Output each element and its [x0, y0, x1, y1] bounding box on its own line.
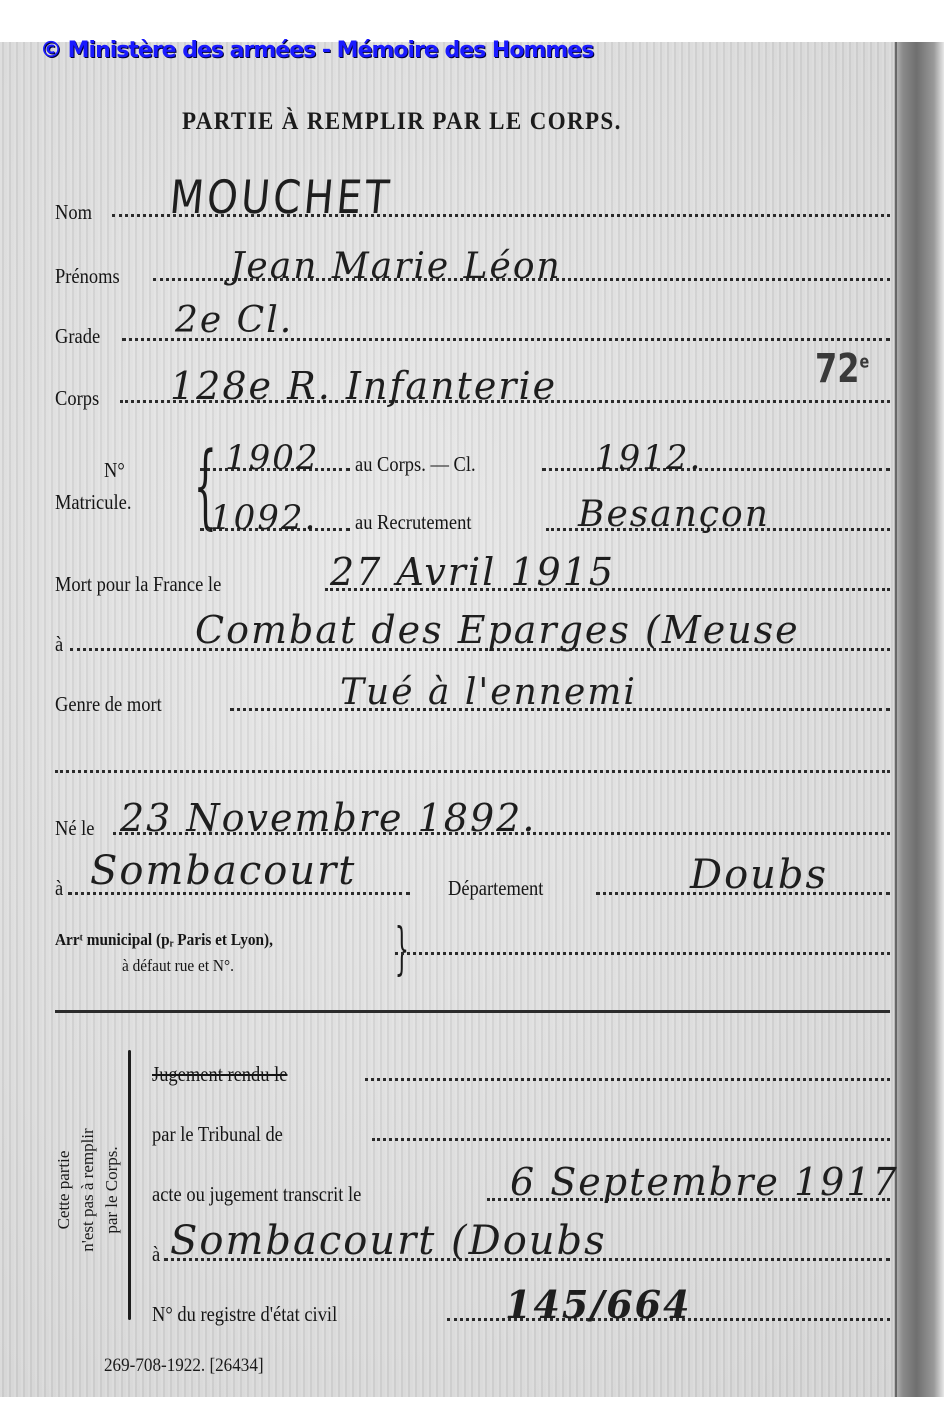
page-edge-shadow — [894, 42, 944, 1397]
print-code: 269-708-1922. [26434] — [104, 1355, 264, 1377]
acte-label: acte ou jugement transcrit le — [152, 1182, 361, 1207]
prenoms-value: Jean Marie Léon — [230, 246, 562, 287]
corps-label: Corps — [55, 386, 99, 411]
ne-le-label: Né le — [55, 816, 95, 841]
matricule-no-label: N° — [104, 458, 125, 483]
prenoms-label: Prénoms — [55, 264, 120, 289]
jugement-label: Jugement rendu le — [152, 1062, 287, 1087]
corps-value: 128e R. Infanterie — [170, 364, 557, 408]
jugement-dotted-line — [365, 1078, 890, 1081]
copyright-watermark: © Ministère des armées - Mémoire des Hom… — [40, 38, 593, 63]
stamp-number: 72 — [815, 346, 860, 392]
ne-le-value: 23 Novembre 1892. — [120, 796, 536, 840]
matricule-recrutement-value: 1092. — [210, 498, 317, 538]
registre-value: 145/664 — [505, 1282, 692, 1327]
mort-le-label: Mort pour la France le — [55, 572, 221, 597]
tribunal-label: par le Tribunal de — [152, 1122, 283, 1147]
arr-label-line2: à défaut rue et N°. — [122, 956, 234, 976]
genre-de-mort-label: Genre de mort — [55, 692, 162, 717]
recrutement-place-value: Besançon — [578, 494, 770, 535]
arr-label-line1: Arrᵗ municipal (pᵣ Paris et Lyon), — [55, 930, 273, 950]
tribunal-dotted-line — [372, 1138, 890, 1141]
acte-value: 6 Septembre 1917 — [510, 1160, 899, 1204]
lower-section-bracket — [128, 1050, 131, 1320]
section-separator — [55, 1010, 890, 1013]
mort-a-value: Combat des Eparges (Meuse — [195, 608, 800, 652]
arr-dotted-line — [395, 952, 890, 955]
arr-brace: } — [395, 922, 409, 978]
ne-a-value: Sombacourt — [90, 848, 356, 894]
recrutement-label: au Recrutement — [355, 510, 471, 535]
departement-value: Doubs — [690, 852, 828, 898]
matricule-corps-label: au Corps. — Cl. — [355, 452, 476, 477]
form-title: PARTIE À REMPLIR PAR LE CORPS. — [182, 108, 622, 136]
side-note: Cette partie n'est pas à remplir par le … — [52, 1080, 124, 1300]
genre-de-mort-value: Tué à l'ennemi — [340, 672, 637, 713]
registre-label: N° du registre d'état civil — [152, 1302, 337, 1327]
nom-label: Nom — [55, 200, 92, 225]
mort-le-value: 27 Avril 1915 — [330, 550, 615, 594]
matricule-corps-value: 1902 — [225, 438, 320, 478]
regiment-stamp: 72e — [815, 346, 869, 392]
ne-a-label: à — [55, 876, 63, 901]
blank-dotted-line — [55, 770, 890, 773]
classe-value: 1912. — [595, 438, 702, 478]
grade-value: 2e Cl. — [175, 300, 293, 341]
stamp-suffix: e — [860, 352, 870, 373]
side-note-line3: par le Corps. — [100, 1080, 124, 1300]
acte-a-label: à — [152, 1242, 160, 1267]
side-note-line2: n'est pas à remplir — [76, 1080, 100, 1300]
acte-a-value: Sombacourt (Doubs — [170, 1218, 607, 1264]
grade-label: Grade — [55, 324, 100, 349]
side-note-line1: Cette partie — [52, 1080, 76, 1300]
departement-label: Département — [448, 876, 543, 901]
nom-value: MOUCHET — [168, 170, 395, 224]
matricule-label: Matricule. — [55, 490, 131, 515]
mort-a-label: à — [55, 632, 63, 657]
